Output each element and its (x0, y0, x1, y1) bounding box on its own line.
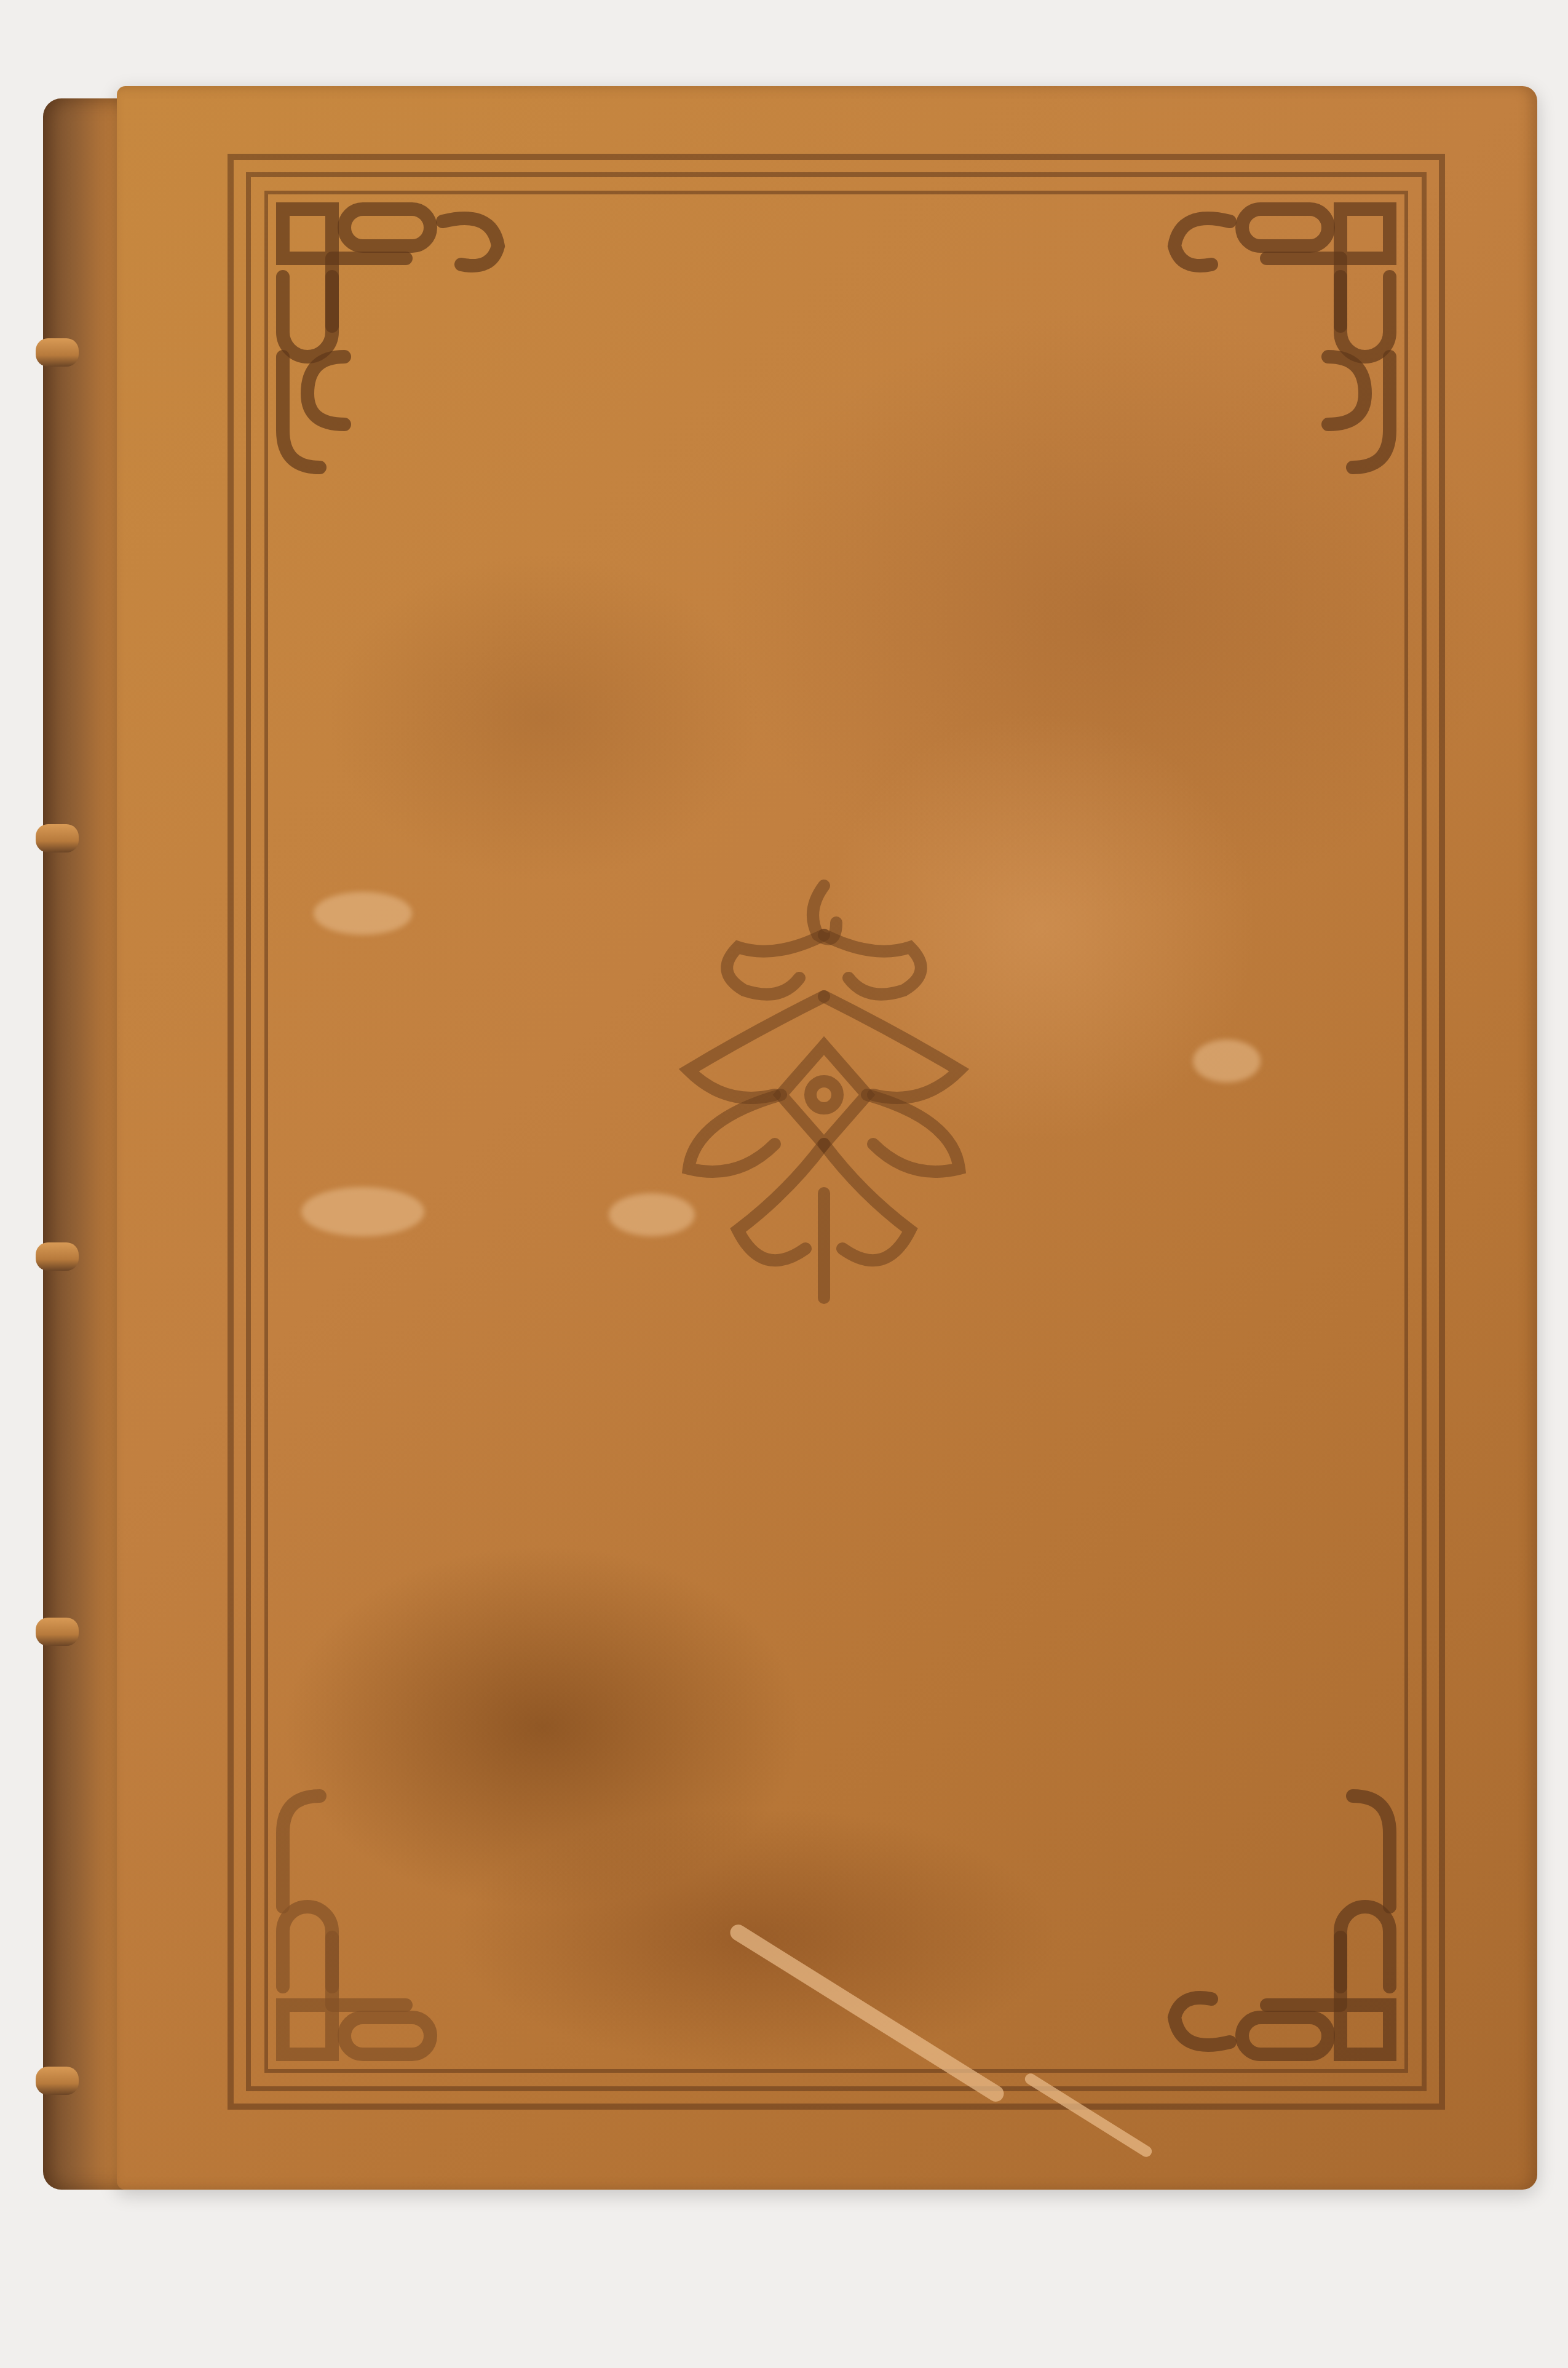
book (43, 86, 1537, 2190)
spine-band (36, 2067, 79, 2095)
corner-ornament-bottom-left-icon (271, 1784, 529, 2067)
center-medallion-icon (652, 873, 996, 1316)
spine-band (36, 1242, 79, 1271)
spine-band (36, 824, 79, 852)
corner-ornament-top-left-icon (271, 197, 529, 480)
corner-ornament-top-right-icon (1144, 197, 1402, 480)
spine-band (36, 1618, 79, 1646)
spine-band (36, 338, 79, 367)
wear-mark (1193, 1039, 1261, 1083)
corner-ornament-bottom-right-icon (1144, 1784, 1402, 2067)
wear-mark (314, 892, 412, 935)
book-cover (117, 86, 1537, 2190)
wear-mark (609, 1193, 695, 1236)
wear-mark (301, 1187, 424, 1236)
